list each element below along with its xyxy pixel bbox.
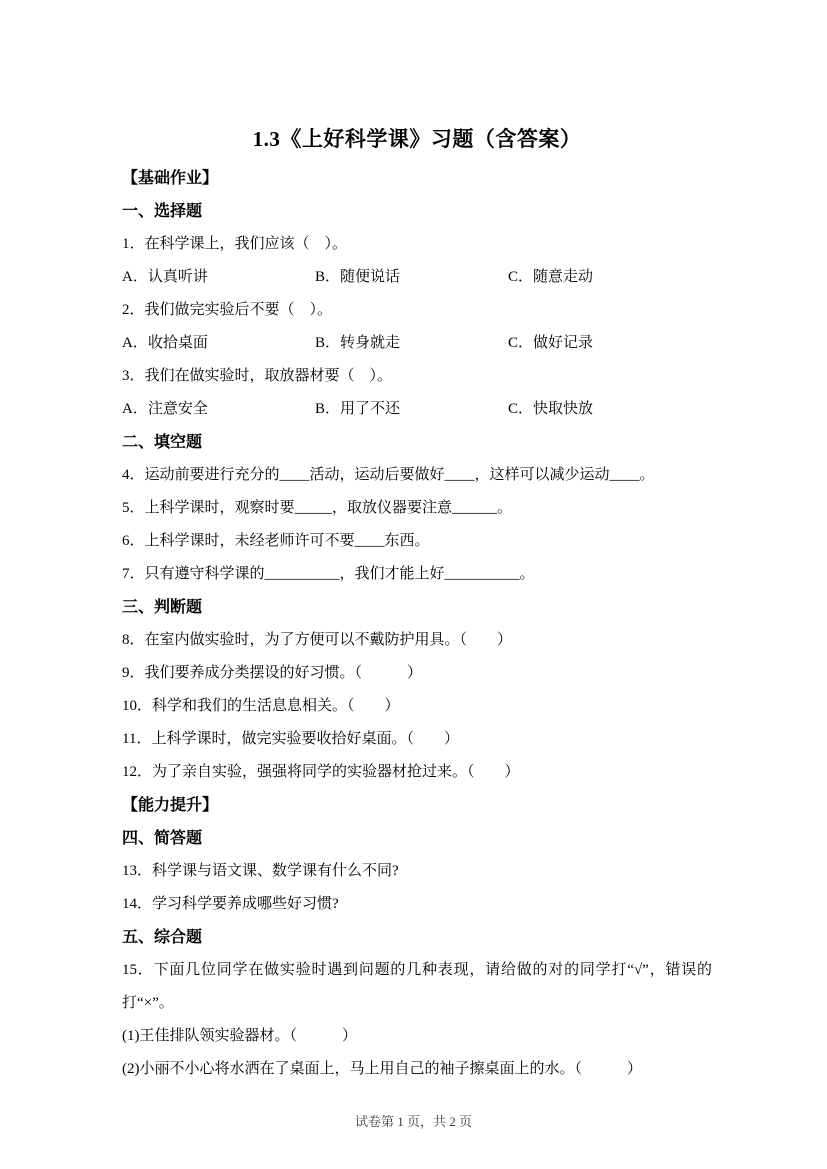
part-advanced-label: 【能力提升】 (122, 789, 712, 822)
section-choice-heading: 一、选择题 (122, 195, 712, 228)
question-2-option-a: A．收拾桌面 (122, 327, 315, 360)
question-15-intro: 15．下面几位同学在做实验时遇到问题的几种表现，请给做的对的同学打“√”，错误的… (122, 954, 712, 1020)
question-3-stem: 3．我们在做实验时，取放器材要（ ）。 (122, 360, 712, 393)
question-8: 8．在室内做实验时，为了方便可以不戴防护用具。（ ） (122, 624, 712, 657)
document-page: 1.3《上好科学课》习题（含答案） 【基础作业】 一、选择题 1．在科学课上，我… (0, 0, 827, 1169)
question-1-options: A．认真听讲B．随便说话C．随意走动 (122, 261, 712, 294)
question-1-option-a: A．认真听讲 (122, 261, 315, 294)
question-12: 12．为了亲自实验，强强将同学的实验器材抢过来。（ ） (122, 756, 712, 789)
question-2-option-c: C．做好记录 (508, 327, 593, 360)
question-2-option-b: B．转身就走 (315, 327, 508, 360)
question-1-option-b: B．随便说话 (315, 261, 508, 294)
part-basic-label: 【基础作业】 (122, 162, 712, 195)
page-footer: 试卷第 1 页，共 2 页 (0, 1112, 827, 1132)
section-short-answer-heading: 四、简答题 (122, 822, 712, 855)
question-7: 7．只有遵守科学课的__________，我们才能上好__________。 (122, 558, 712, 591)
question-6: 6．上科学课时，未经老师许可不要____东西。 (122, 525, 712, 558)
question-10: 10．科学和我们的生活息息相关。（ ） (122, 690, 712, 723)
question-15-item-2: (2)小丽不小心将水洒在了桌面上，马上用自己的袖子擦桌面上的水。（ ） (122, 1053, 712, 1086)
section-comprehensive-heading: 五、综合题 (122, 921, 712, 954)
question-1-stem: 1．在科学课上，我们应该（ ）。 (122, 228, 712, 261)
section-judge-heading: 三、判断题 (122, 591, 712, 624)
question-5: 5．上科学课时，观察时要_____，取放仪器要注意______。 (122, 492, 712, 525)
question-3-option-a: A．注意安全 (122, 393, 315, 426)
question-3-option-b: B．用了不还 (315, 393, 508, 426)
question-4: 4．运动前要进行充分的____活动，运动后要做好____，这样可以减少运动___… (122, 459, 712, 492)
question-11: 11．上科学课时，做完实验要收拾好桌面。（ ） (122, 723, 712, 756)
question-9: 9．我们要养成分类摆设的好习惯。（ ） (122, 657, 712, 690)
question-2-options: A．收拾桌面B．转身就走C．做好记录 (122, 327, 712, 360)
question-1-option-c: C．随意走动 (508, 261, 593, 294)
question-14: 14．学习科学要养成哪些好习惯? (122, 888, 712, 921)
question-3-option-c: C．快取快放 (508, 393, 593, 426)
question-2-stem: 2．我们做完实验后不要（ ）。 (122, 294, 712, 327)
question-13: 13．科学课与语文课、数学课有什么不同? (122, 855, 712, 888)
section-fill-heading: 二、填空题 (122, 426, 712, 459)
page-title: 1.3《上好科学课》习题（含答案） (122, 117, 712, 162)
question-3-options: A．注意安全B．用了不还C．快取快放 (122, 393, 712, 426)
question-15-item-1: (1)王佳排队领实验器材。（ ） (122, 1020, 712, 1053)
